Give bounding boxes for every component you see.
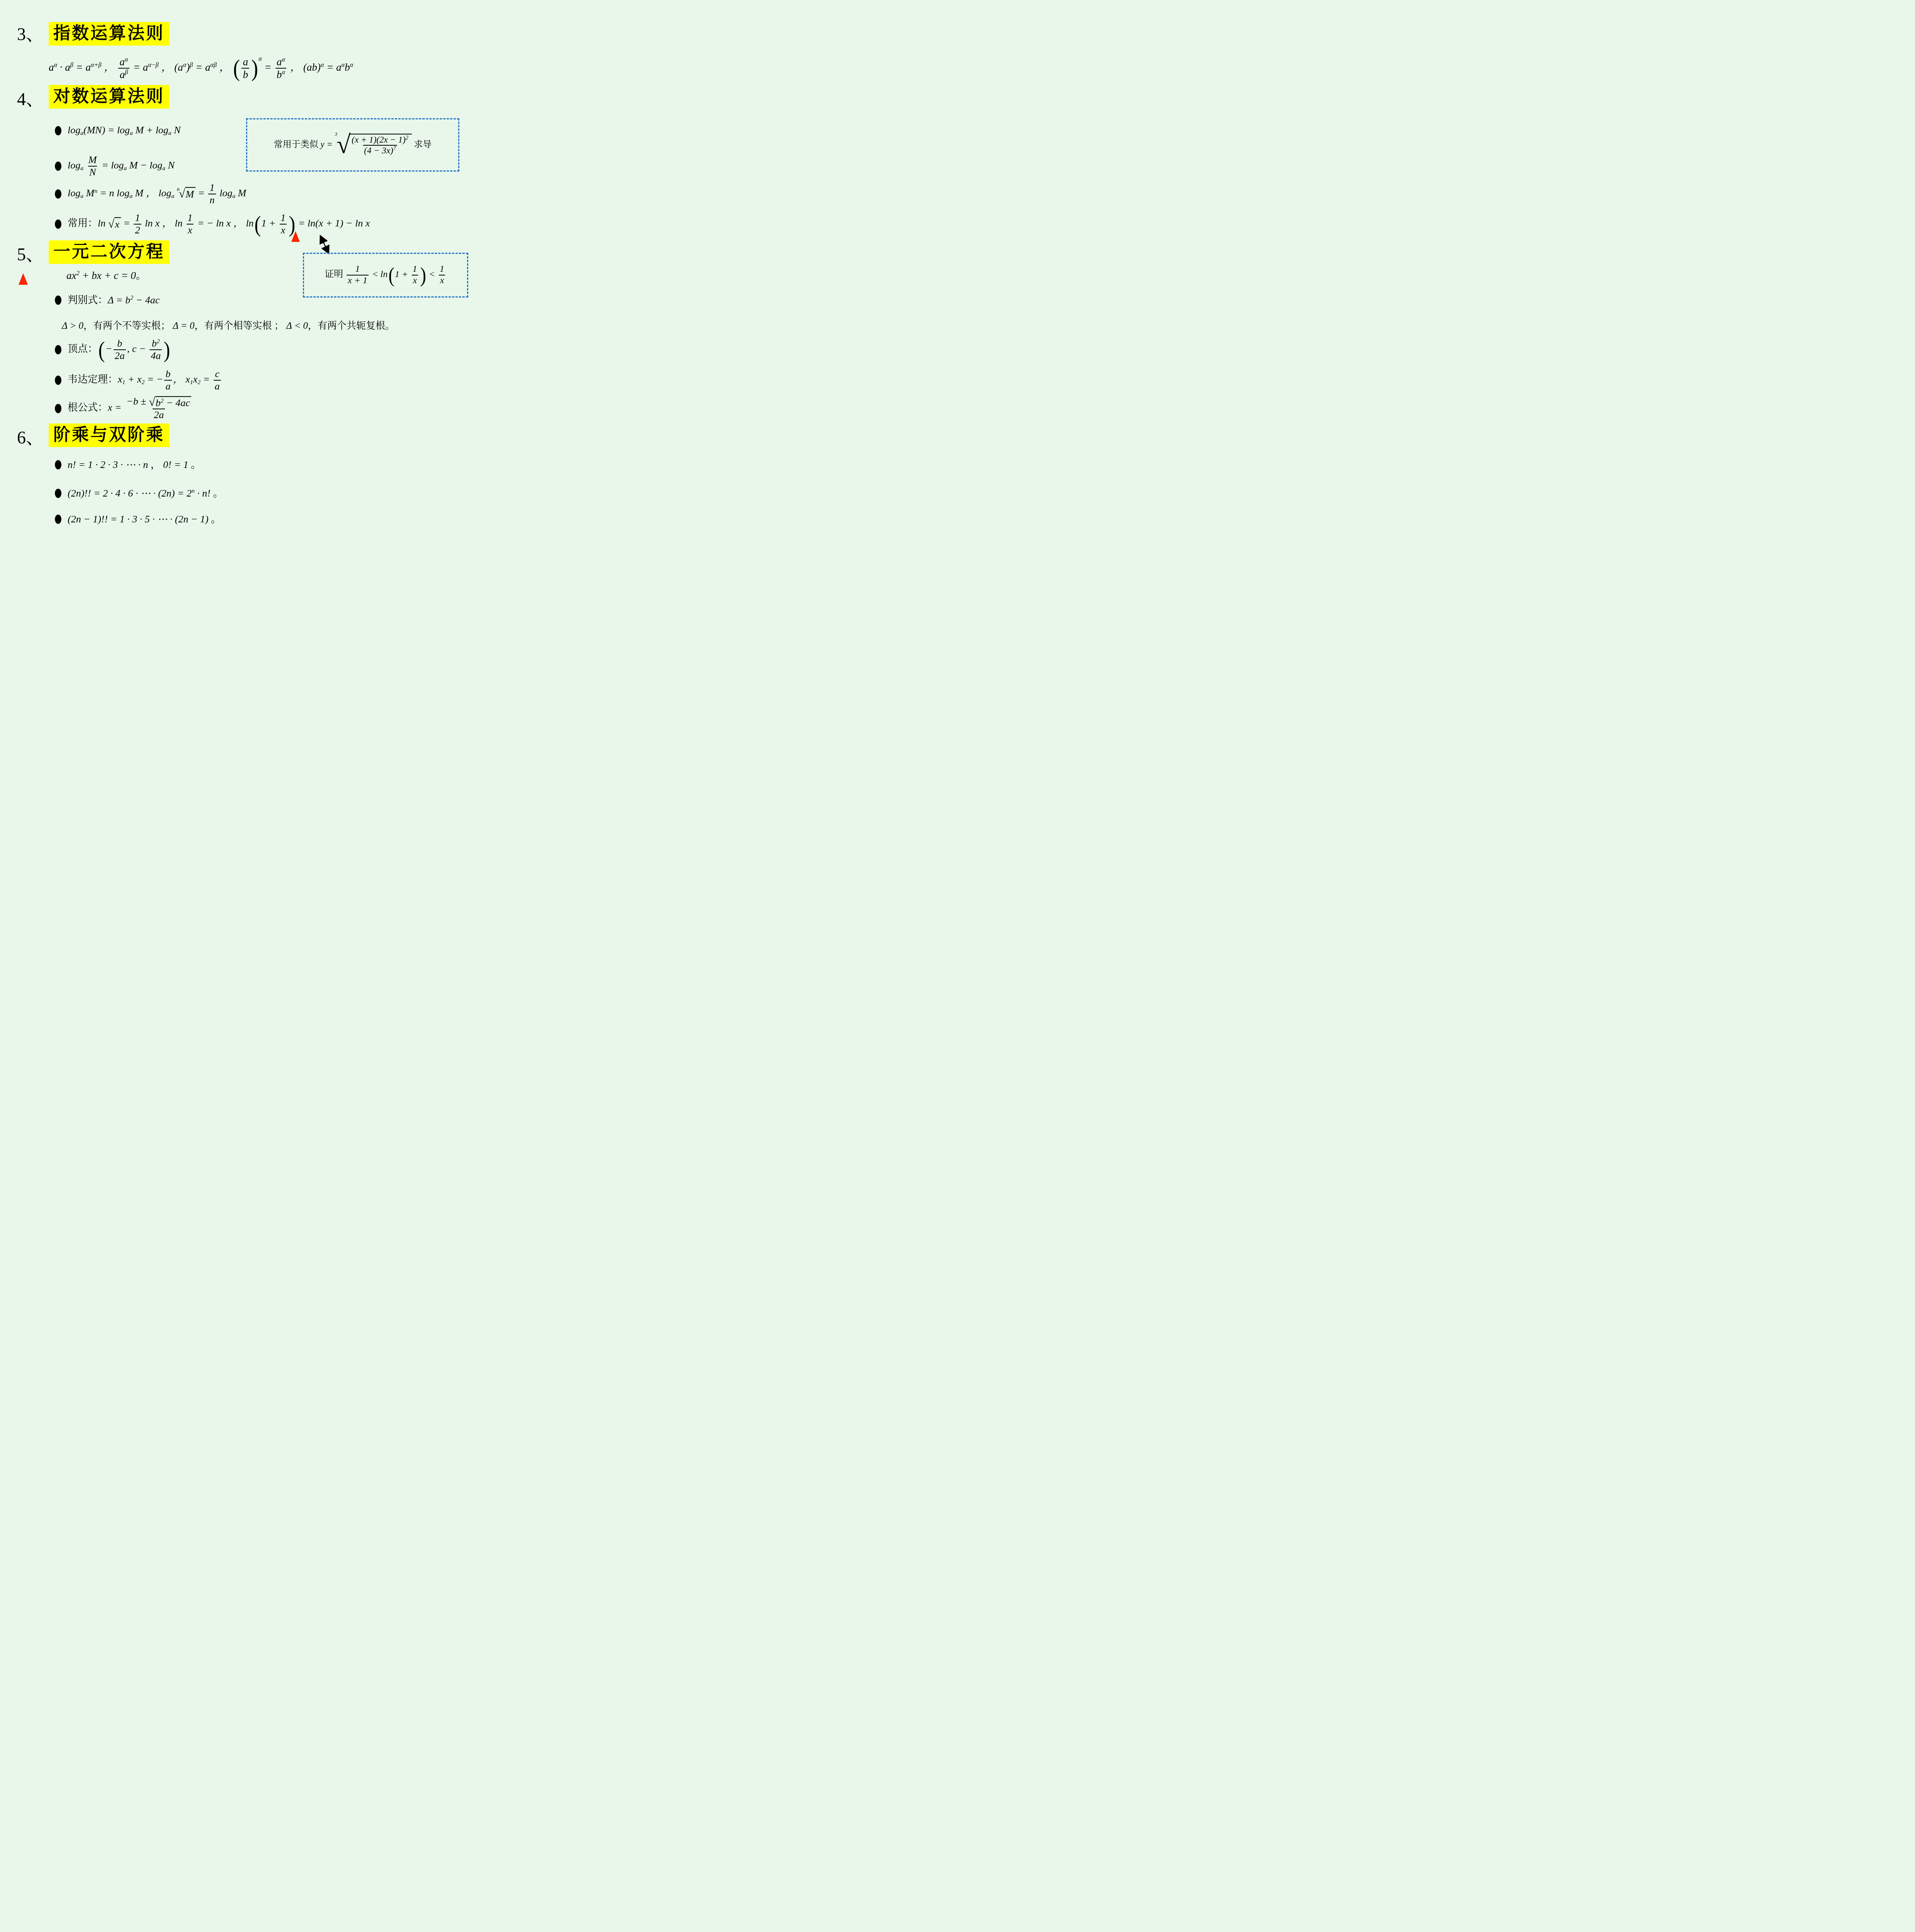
double-factorial-even-formula: (2n)!! = 2 · 4 · 6 · ⋯ · (2n) = 2n · n! … xyxy=(68,487,223,500)
double-factorial-odd-row: (2n − 1)!! = 1 · 3 · 5 · ⋯ · (2n − 1) 。 xyxy=(55,513,221,526)
log-rule-power-row: loga Mn = n loga M ， loga n√M = 1n loga … xyxy=(55,182,246,206)
exponent-rules-formula: aα · aβ = aα+β ， aαaβ = aα−β ， (aα)β = a… xyxy=(49,55,353,81)
proof-hint-box: 证明 1x + 1 < ln(1 + 1x) < 1x xyxy=(303,253,468,298)
discriminant-row: 判别式：Δ = b2 − 4ac xyxy=(55,294,160,307)
red-triangle-icon xyxy=(291,231,300,242)
bullet-icon xyxy=(55,404,61,413)
bullet-icon xyxy=(55,126,61,135)
bullet-icon xyxy=(55,376,61,385)
bullet-icon xyxy=(55,162,61,171)
log-common-forms-row: 常用：ln √x = 12 ln x ， ln 1x = − ln x ， ln… xyxy=(55,212,370,236)
factorial-row: n! = 1 · 2 · 3 · ⋯ · n ， 0! = 1 。 xyxy=(55,459,201,471)
bullet-icon xyxy=(55,219,61,229)
red-triangle-icon xyxy=(19,273,28,285)
vieta-row: 韦达定理：x1 + x2 = −ba， x1x2 = ca xyxy=(55,368,222,392)
double-factorial-odd-formula: (2n − 1)!! = 1 · 3 · 5 · ⋯ · (2n − 1) 。 xyxy=(68,513,221,526)
discriminant-formula: 判别式：Δ = b2 − 4ac xyxy=(68,294,160,307)
log-common-forms: 常用：ln √x = 12 ln x ， ln 1x = − ln x ， ln… xyxy=(68,212,370,236)
section-3-number: 3、 xyxy=(17,25,44,44)
vertex-formula: 顶点：(−b2a, c − b24a) xyxy=(68,338,171,362)
quadratic-root-row: 根公式：x = −b ± √b2 − 4ac2a xyxy=(55,396,194,421)
quadratic-equation: ax2 + bx + c = 0。 xyxy=(66,269,146,282)
section-4-number: 4、 xyxy=(17,90,44,109)
bullet-icon xyxy=(55,460,61,469)
derivative-hint-formula: 常用于类似 y = 3√(x + 1)(2x − 1)2(4 − 3x)7 求导 xyxy=(274,132,432,158)
derivative-hint-box: 常用于类似 y = 3√(x + 1)(2x − 1)2(4 − 3x)7 求导 xyxy=(246,118,459,172)
log-rule-quotient: loga MN = loga M − loga N xyxy=(68,154,175,178)
log-rule-power: loga Mn = n loga M ， loga n√M = 1n loga … xyxy=(68,182,246,206)
bullet-icon xyxy=(55,489,61,498)
log-rule-quotient-row: loga MN = loga M − loga N xyxy=(55,154,175,178)
factorial-formula: n! = 1 · 2 · 3 · ⋯ · n ， 0! = 1 。 xyxy=(68,459,201,471)
bullet-icon xyxy=(55,189,61,199)
math-notes-page: 3、 指数运算法则 aα · aβ = aα+β ， aαaβ = aα−β ，… xyxy=(0,0,479,526)
section-5-number: 5、 xyxy=(17,245,44,265)
section-5-title: 一元二次方程 xyxy=(49,240,169,264)
proof-hint-formula: 证明 1x + 1 < ln(1 + 1x) < 1x xyxy=(325,264,446,286)
vertex-row: 顶点：(−b2a, c − b24a) xyxy=(55,338,171,362)
section-6-number: 6、 xyxy=(17,428,44,448)
section-4-title: 对数运算法则 xyxy=(49,85,169,109)
log-rule-product: loga(MN) = loga M + loga N xyxy=(68,124,181,137)
log-rule-product-row: loga(MN) = loga M + loga N xyxy=(55,124,181,137)
vieta-formula: 韦达定理：x1 + x2 = −ba， x1x2 = ca xyxy=(68,368,222,392)
discriminant-cases-note: Δ > 0，有两个不等实根； Δ = 0，有两个相等实根 ； Δ < 0，有两个… xyxy=(62,320,395,332)
section-6-title: 阶乘与双阶乘 xyxy=(49,423,169,447)
bullet-icon xyxy=(55,296,61,305)
bullet-icon xyxy=(55,345,61,354)
section-3-title: 指数运算法则 xyxy=(49,22,169,46)
double-factorial-even-row: (2n)!! = 2 · 4 · 6 · ⋯ · (2n) = 2n · n! … xyxy=(55,487,223,500)
bullet-icon xyxy=(55,515,61,524)
quadratic-root-formula: 根公式：x = −b ± √b2 − 4ac2a xyxy=(68,396,194,421)
